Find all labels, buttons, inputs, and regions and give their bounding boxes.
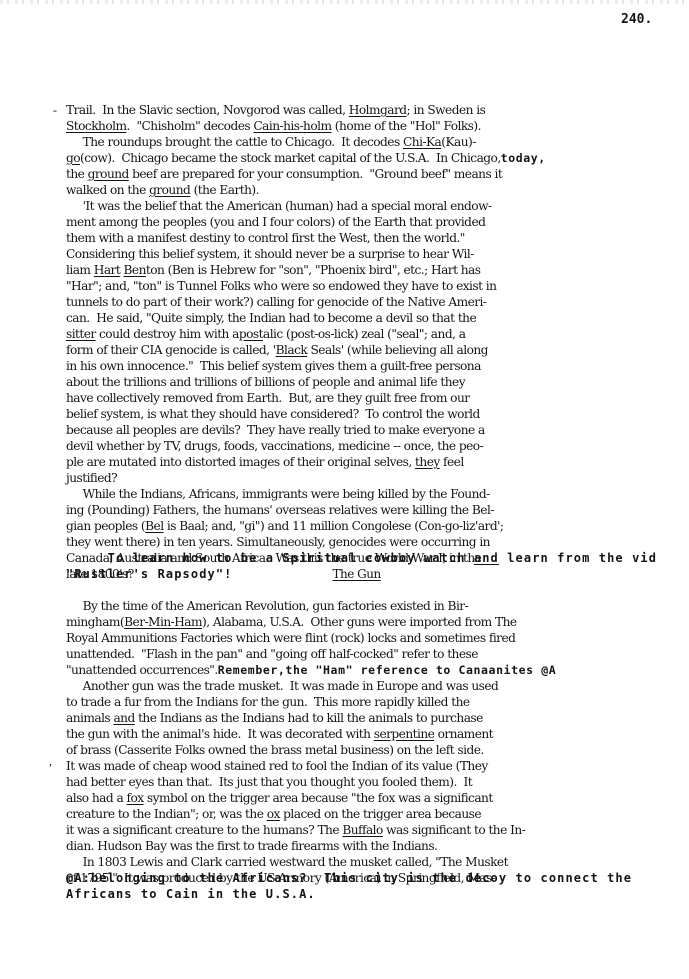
insert-line-1: To learn how to be a Spiritual cowboy wa…: [66, 550, 657, 566]
page-number: 240.: [621, 12, 652, 27]
text-line: Royal Ammunitions Factories which were f…: [66, 630, 515, 646]
text-line: ple are mutated into distorted images of…: [66, 454, 464, 470]
text-line: can. He said, "Quite simply, the Indian …: [66, 310, 476, 326]
text-line: Another gun was the trade musket. It was…: [66, 678, 498, 694]
margin-mark: ,: [49, 754, 52, 769]
text-line: gian peoples (Bel is Baal; and, "gi") an…: [66, 518, 503, 534]
text-line: tunnels to do part of their work?) calli…: [66, 294, 486, 310]
text-line: Trail. In the Slavic section, Novgorod w…: [66, 102, 485, 118]
text-line: ing (Pounding) Fathers, the humans' over…: [66, 502, 494, 518]
text-line: to trade a fur from the Indians for the …: [66, 694, 470, 710]
text-line: creature to the Indian"; or, was the ox …: [66, 806, 481, 822]
text-line: the gun with the animal's hide. It was d…: [66, 726, 493, 742]
text-line: the ground beef are prepared for your co…: [66, 166, 502, 182]
text-line: also had a fox symbol on the trigger are…: [66, 790, 493, 806]
text-line: Stockholm. "Chisholm" decodes Cain-his-h…: [66, 118, 481, 134]
text-line: liam Hart Benton (Ben is Hebrew for "son…: [66, 262, 480, 278]
text-line: it was a significant creature to the hum…: [66, 822, 525, 838]
text-line: walked on the ground (the Earth).: [66, 182, 259, 198]
text-line: It was made of cheap wood stained red to…: [66, 758, 488, 774]
text-line: go(cow). Chicago became the stock market…: [66, 150, 546, 166]
text-line: 'It was the belief that the American (hu…: [66, 198, 492, 214]
text-line: they went there) in ten years. Simultane…: [66, 534, 490, 550]
text-line: about the trillions and trillions of bil…: [66, 374, 465, 390]
text-line: sitter could destroy him with apostalic …: [66, 326, 465, 342]
text-line: unattended. "Flash in the pan" and "goin…: [66, 646, 478, 662]
text-line: have collectively removed from Earth. Bu…: [66, 390, 470, 406]
text-line: While the Indians, Africans, immigrants …: [66, 486, 490, 502]
margin-mark: -: [53, 103, 57, 118]
closing-line-2: Africans to Cain in the U.S.A.: [66, 886, 316, 902]
insert-line-2: "Rustler's Rapsody"!The Gun: [66, 566, 381, 582]
text-line: justified?: [66, 470, 117, 486]
scan-edge-noise: [0, 0, 689, 4]
text-line: had better eyes than that. Its just that…: [66, 774, 472, 790]
text-line: belief system, is what they should have …: [66, 406, 480, 422]
text-line: them with a manifest destiny to control …: [66, 230, 465, 246]
text-line: animals and the Indians as the Indians h…: [66, 710, 483, 726]
text-line: of brass (Casserite Folks owned the bras…: [66, 742, 484, 758]
text-line: "unattended occurrences".Remember,the "H…: [66, 662, 556, 678]
text-line: Considering this belief system, it shoul…: [66, 246, 474, 262]
text-line: ment among the peoples (you and I four c…: [66, 214, 485, 230]
text-line: mingham(Ber-Min-Ham), Alabama, U.S.A. Ot…: [66, 614, 517, 630]
text-line: The roundups brought the cattle to Chica…: [66, 134, 476, 150]
text-line: in his own innocence." This belief syste…: [66, 358, 481, 374]
text-line: dian. Hudson Bay was the first to trade …: [66, 838, 437, 854]
text-line: By the time of the American Revolution, …: [66, 598, 468, 614]
text-line: devil whether by TV, drugs, foods, vacci…: [66, 438, 483, 454]
text-line: In 1803 Lewis and Clark carried westward…: [66, 854, 508, 870]
text-line: "Har"; and, "ton" is Tunnel Folks who we…: [66, 278, 496, 294]
text-line: form of their CIA genocide is called, 'B…: [66, 342, 488, 358]
section-heading: The Gun: [333, 567, 381, 581]
text-line: because all peoples are devils? They hav…: [66, 422, 485, 438]
closing-line-1: @A:belonging to the Africans? This city …: [66, 870, 632, 886]
